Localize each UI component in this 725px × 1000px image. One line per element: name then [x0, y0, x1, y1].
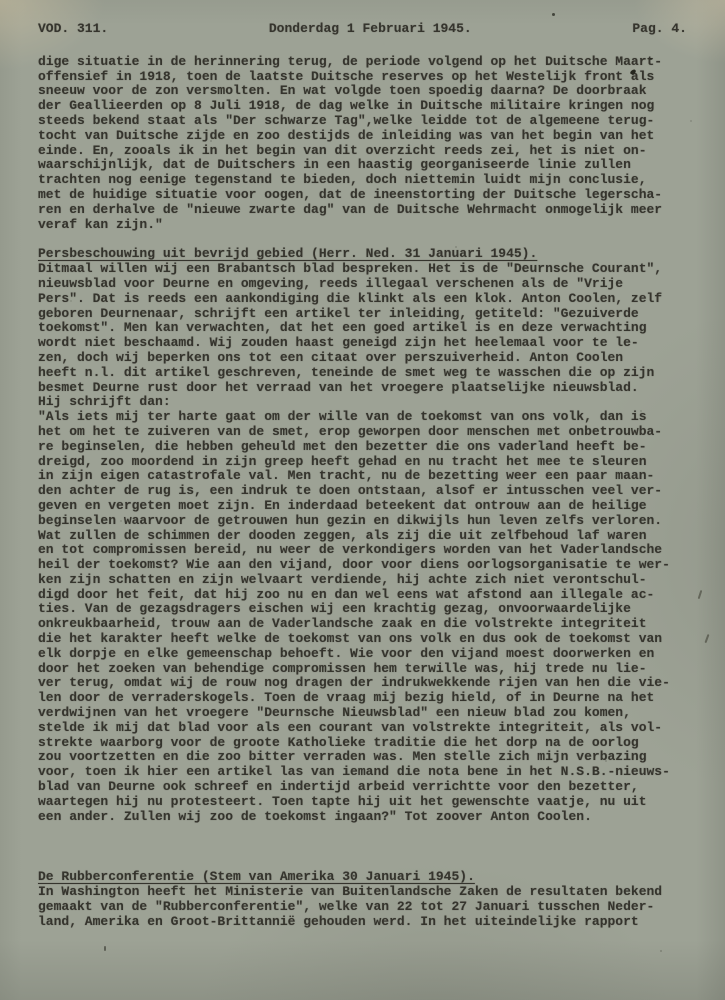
pen-mark — [705, 634, 709, 643]
ink-speck — [552, 13, 555, 16]
ink-speck — [650, 58, 652, 60]
paragraph-anton-coolen-quote: "Als iets mij ter harte gaat om der will… — [38, 410, 687, 824]
page-header: VOD. 311. Donderdag 1 Februari 1945. Pag… — [38, 22, 687, 37]
section-heading-persbeschouwing: Persbeschouwing uit bevrijd gebied (Herr… — [38, 247, 687, 262]
issue-number: VOD. 311. — [38, 22, 108, 37]
pen-mark — [698, 590, 702, 599]
date-line: Donderdag 1 Februari 1945. — [269, 22, 472, 37]
paragraph-rubberconferentie: In Washington heeft het Ministerie van B… — [38, 885, 687, 929]
page-number: Pag. 4. — [632, 22, 687, 37]
paragraph-persbeschouwing: Ditmaal willen wij een Brabantsch blad b… — [38, 262, 687, 410]
scanned-document-page: VOD. 311. Donderdag 1 Februari 1945. Pag… — [0, 0, 725, 1000]
paragraph-war-overview-continuation: dige situatie in de herinnering terug, d… — [38, 55, 687, 233]
ink-speck — [104, 946, 106, 951]
paper-dust-specks — [0, 0, 2, 2]
section-heading-rubberconferentie: De Rubberconferentie (Stem van Amerika 3… — [38, 870, 687, 885]
